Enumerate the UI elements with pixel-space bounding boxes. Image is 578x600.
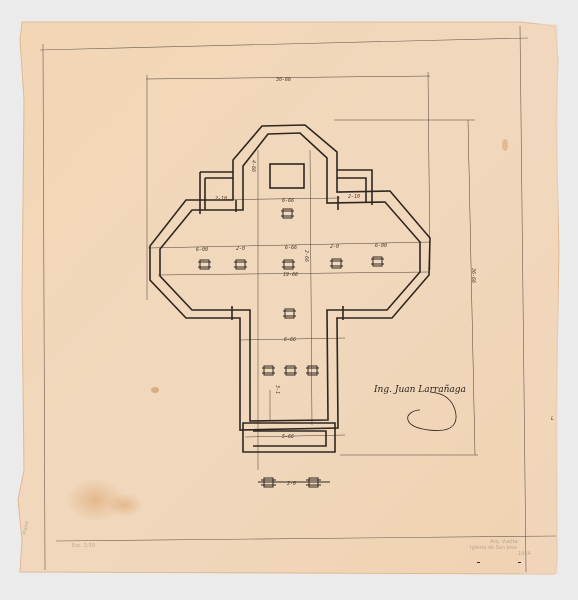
dim-lower-nave: 6-66: [284, 337, 296, 343]
dim-transept-right: 6-00: [375, 243, 387, 249]
dim-steps: 2-0: [287, 481, 296, 487]
dim-nave-top: 6-66: [282, 198, 294, 204]
floor-plan-drawing: 30-66 36-66 6-66 2-10 2-10 6-00 2-0 6-66…: [0, 0, 578, 600]
dim-nave-center: 6-66: [285, 245, 297, 251]
bottom-right-note-2: Iglesia de San Jose: [470, 545, 517, 551]
dim-lower-depth: 3-1: [274, 384, 280, 394]
dim-bay-left: 2-0: [236, 246, 245, 252]
dim-bay-right: 2-0: [330, 244, 339, 250]
bottom-right-note-3: 1954: [518, 551, 531, 557]
dim-overall-height: 36-66: [470, 267, 476, 283]
dim-transept-inner: 19-66: [283, 272, 298, 278]
dim-right-chapel: 2-10: [348, 194, 360, 200]
dim-porch: 5-66: [282, 434, 294, 440]
bottom-left-note: Esc. 1:50: [72, 543, 95, 549]
drawing-sheet: 30-66 36-66 6-66 2-10 2-10 6-00 2-0 6-66…: [0, 0, 578, 600]
dim-apse-depth: 4-66: [250, 160, 256, 172]
svg-text:Ing. Juan Larrañaga: Ing. Juan Larrañaga: [373, 385, 466, 395]
dim-vertical-center: 2-66: [303, 250, 309, 262]
dim-left-chapel: 2-10: [215, 196, 227, 202]
right-edge-mark: L: [551, 416, 554, 422]
dim-transept-left: 6-00: [196, 247, 208, 253]
dim-overall-width: 30-66: [275, 77, 291, 83]
